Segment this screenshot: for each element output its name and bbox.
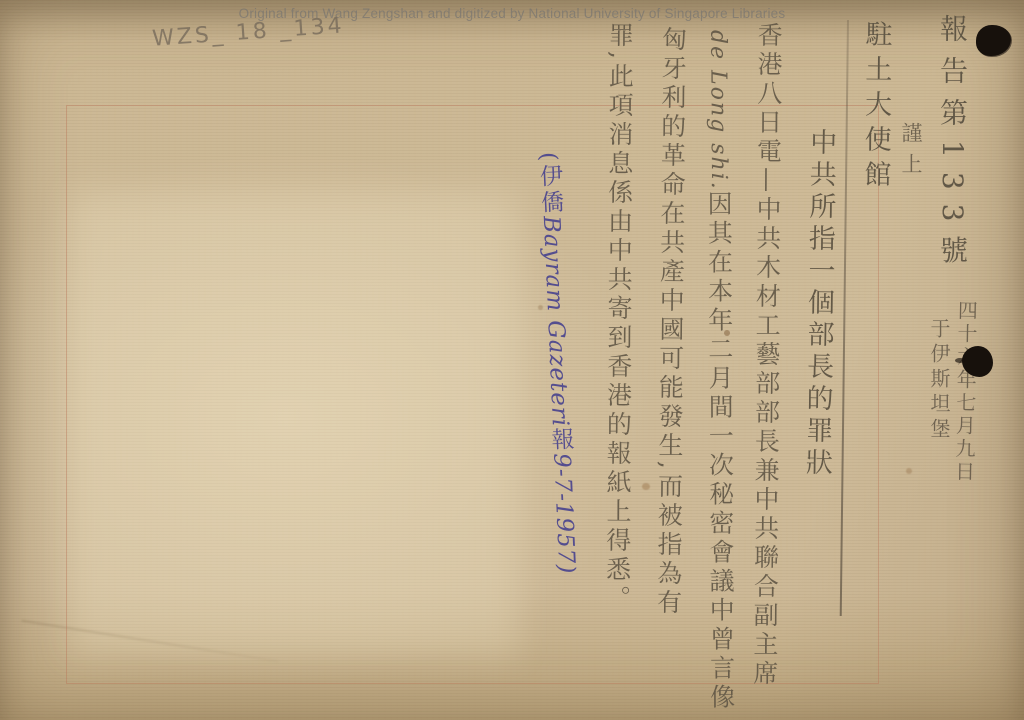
manuscript-page: Original from Wang Zengshan and digitize… (0, 0, 1024, 720)
paper-stain (724, 330, 730, 336)
ink-blot-top-right (976, 25, 1011, 56)
report-date: 四十六年七月九日 (949, 300, 981, 484)
paper-stain (538, 305, 543, 310)
source-paper-name: Bayram Gazeteri (538, 215, 573, 427)
body-column-1: 香港八日電—中共木材工藝部部長兼中共聯合副主席 (746, 22, 787, 689)
source-paper-zh: 報 (547, 427, 574, 454)
report-place: 于伊斯坦堡 (925, 318, 954, 443)
source-date: 9-7-1957) (548, 453, 579, 575)
report-number: 報告第133號 (932, 14, 972, 277)
body-column-2: de Long shi.因其在本年二月間一次秘密會議中曾言像 (699, 30, 739, 713)
source-open: (伊僑 (535, 151, 564, 216)
body-column-3: 匈牙利的革命在共產中國可能發生,而被指為有 (649, 26, 690, 618)
salutation: 謹上 (896, 122, 926, 184)
sender-office: 駐土大使館 (855, 20, 896, 195)
digitization-watermark: Original from Wang Zengshan and digitize… (0, 6, 1024, 21)
body-column-4: 罪,此項消息係由中共寄到香港的報紙上得悉。 (598, 22, 637, 614)
paper-stain (906, 468, 912, 474)
minister-name-latin: de Long shi. (705, 30, 731, 191)
paper-stain (642, 483, 650, 490)
body-column-2-text: 因其在本年二月間一次秘密會議中曾言像 (704, 191, 736, 713)
report-title: 中共所指一個部長的罪狀 (797, 128, 841, 481)
ink-blot-middle-right (962, 346, 993, 377)
